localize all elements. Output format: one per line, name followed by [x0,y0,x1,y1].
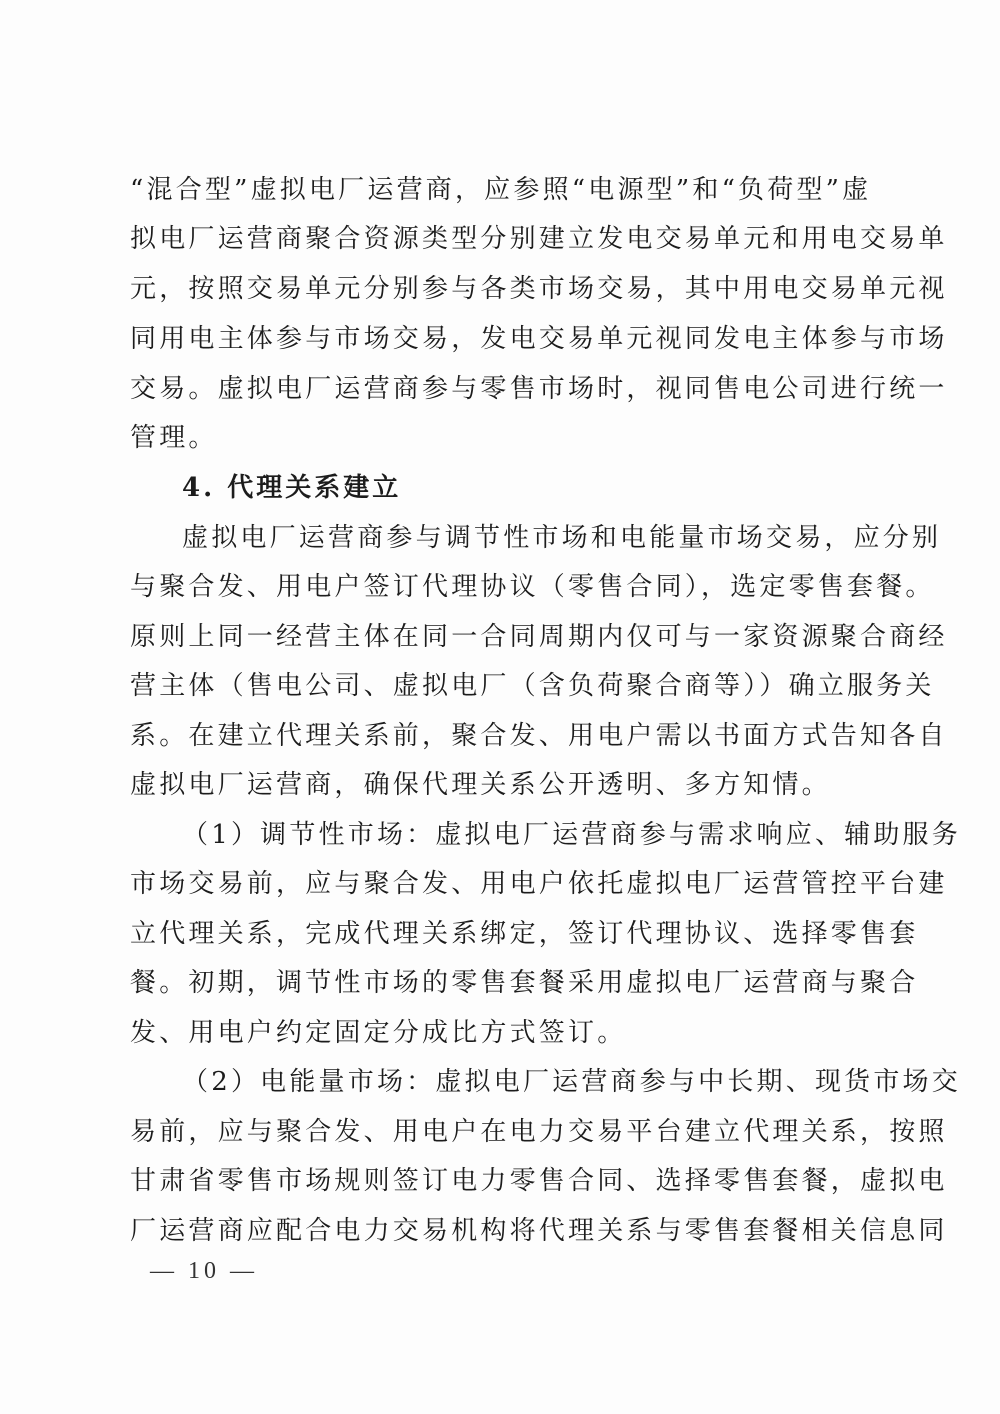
text-line: 虚拟电厂运营商参与调节性市场和电能量市场交易，应分别 [182,521,870,555]
text-line: 同用电主体参与市场交易，发电交易单元视同发电主体参与市场 [130,322,870,356]
page-number: — 10 — [150,1256,258,1286]
text-line: 元，按照交易单元分别参与各类市场交易，其中用电交易单元视 [130,272,870,306]
text-line: 发、用电户约定固定分成比方式签订。 [130,1016,870,1050]
text-line: 交易。虚拟电厂运营商参与零售市场时，视同售电公司进行统一 [130,372,870,406]
text-line: （2）电能量市场：虚拟电厂运营商参与中长期、现货市场交 [182,1065,870,1099]
text-line: （1）调节性市场：虚拟电厂运营商参与需求响应、辅助服务 [182,818,870,852]
text-line: 管理。 [130,421,870,455]
document-page: “混合型”虚拟电厂运营商，应参照“电源型”和“负荷型”虚 拟电厂运营商聚合资源类… [0,0,1000,1414]
text-line: 拟电厂运营商聚合资源类型分别建立发电交易单元和用电交易单 [130,222,870,256]
text-line: 市场交易前，应与聚合发、用电户依托虚拟电厂运营管控平台建 [130,867,870,901]
text-line: 餐。初期，调节性市场的零售套餐采用虚拟电厂运营商与聚合 [130,966,870,1000]
text-line: 厂运营商应配合电力交易机构将代理关系与零售套餐相关信息同 [130,1214,870,1248]
text-line: 虚拟电厂运营商，确保代理关系公开透明、多方知情。 [130,768,870,802]
text-line: 原则上同一经营主体在同一合同周期内仅可与一家资源聚合商经 [130,620,870,654]
text-line: 系。在建立代理关系前，聚合发、用电户需以书面方式告知各自 [130,719,870,753]
text-line: 与聚合发、用电户签订代理协议（零售合同），选定零售套餐。 [130,570,870,604]
text-line: 立代理关系，完成代理关系绑定，签订代理协议、选择零售套 [130,917,870,951]
text-line: 易前，应与聚合发、用电户在电力交易平台建立代理关系，按照 [130,1115,870,1149]
text-line: “混合型”虚拟电厂运营商，应参照“电源型”和“负荷型”虚 [130,173,870,207]
text-line: 甘肃省零售市场规则签订电力零售合同、选择零售套餐，虚拟电 [130,1164,870,1198]
section-heading: 4. 代理关系建立 [182,471,870,505]
text-line: 营主体（售电公司、虚拟电厂（含负荷聚合商等））确立服务关 [130,669,870,703]
